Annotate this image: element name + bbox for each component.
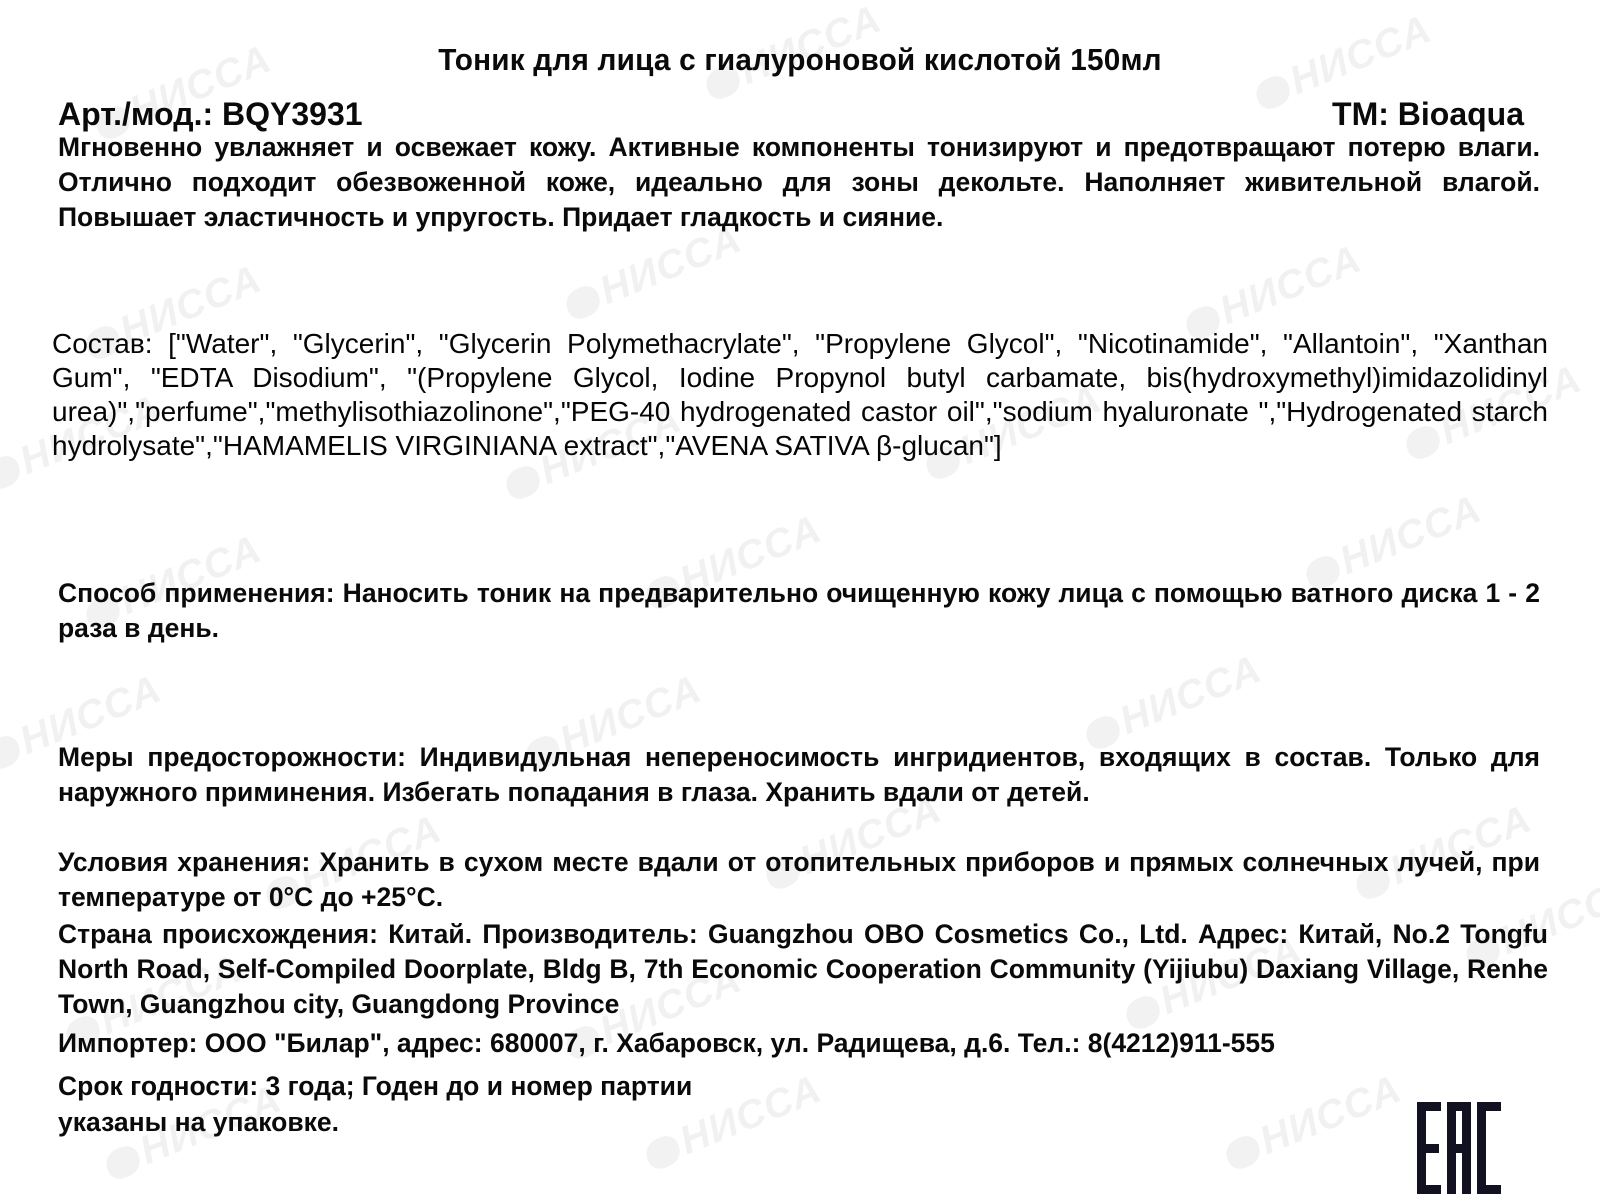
origin-manufacturer: Страна происхождения: Китай. Производите… [58, 917, 1548, 1022]
meta-row: Арт./мод.: BQY3931 TM: Bioaqua [58, 96, 1538, 133]
shelf-life: Срок годности: 3 года; Годен до и номер … [58, 1068, 692, 1140]
shelf-life-line-2: указаны на упаковке. [58, 1104, 692, 1140]
article-number: Арт./мод.: BQY3931 [58, 96, 363, 133]
storage-conditions: Условия хранения: Хранить в сухом месте … [58, 845, 1540, 915]
importer-info: Импортер: ООО "Билар", адрес: 680007, г.… [58, 1026, 1548, 1061]
shelf-life-line-1: Срок годности: 3 года; Годен до и номер … [58, 1068, 692, 1104]
trademark: TM: Bioaqua [1332, 96, 1524, 133]
precautions: Меры предосторожности: Индивидульная неп… [58, 740, 1540, 810]
eac-certification-mark-icon [1417, 1102, 1501, 1194]
composition: Состав: ["Water", "Glycerin", "Glycerin … [52, 327, 1548, 463]
product-description: Мгновенно увлажняет и освежает кожу. Акт… [58, 130, 1540, 235]
eac-letter-e [1417, 1102, 1441, 1194]
eac-letter-c [1477, 1102, 1501, 1194]
eac-letter-a [1447, 1102, 1471, 1194]
product-title: Тоник для лица с гиалуроновой кислотой 1… [32, 42, 1568, 78]
product-label: Тоник для лица с гиалуроновой кислотой 1… [0, 0, 1600, 1200]
usage-instructions: Способ применения: Наносить тоник на пре… [58, 576, 1540, 646]
